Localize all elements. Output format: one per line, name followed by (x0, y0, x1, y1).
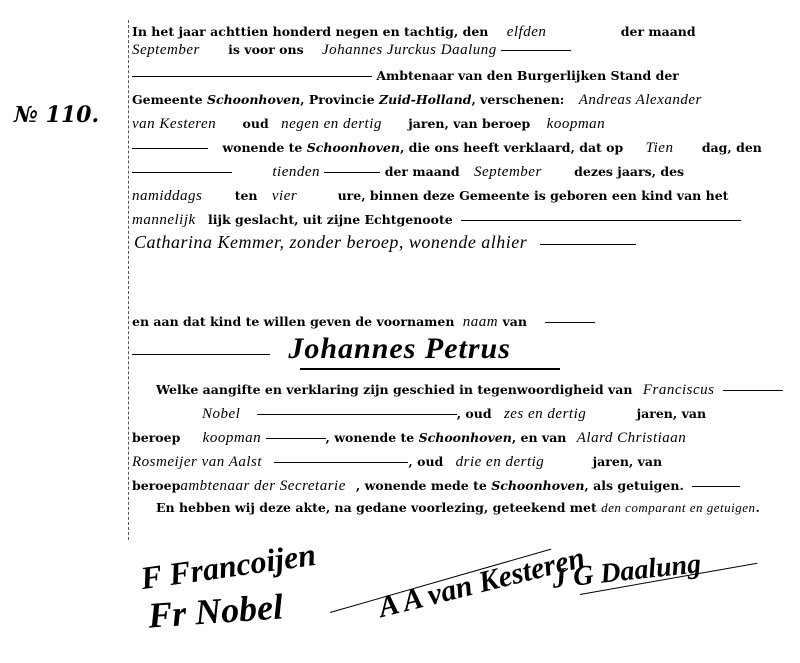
text-line-12: Johannes Petrus (132, 332, 511, 366)
text-line-10: Catharina Kemmer, zonder beroep, wonende… (134, 232, 636, 253)
printed-municipality: Schoonhoven (307, 140, 400, 155)
printed-text: der maand (385, 164, 460, 179)
handwritten-registrar-name: Johannes Jurckus Daalung (322, 42, 497, 58)
text-line-11: en aan dat kind te willen geven de voorn… (132, 314, 595, 331)
printed-text: der maand (621, 24, 696, 39)
text-line-9: mannelijk lijk geslacht, uit zijne Echtg… (132, 212, 741, 229)
printed-text: jaren, van beroep (408, 116, 530, 131)
printed-text: wonende te (222, 140, 302, 155)
fill-line (545, 322, 595, 323)
printed-text: van (503, 314, 527, 329)
margin-dashed-rule (128, 20, 129, 540)
printed-text: , wonende mede te (356, 478, 487, 493)
printed-text: jaren, van (593, 454, 662, 469)
text-line-2: September is voor ons Johannes Jurckus D… (132, 42, 571, 59)
fill-line (257, 414, 457, 415)
fill-line (461, 220, 741, 221)
fill-line (540, 244, 636, 245)
handwritten-occupation: koopman (547, 116, 606, 132)
printed-text: , Provincie (300, 92, 374, 107)
handwritten-hour: vier (272, 188, 297, 204)
printed-text: Welke aangifte en verklaring zijn geschi… (156, 382, 632, 397)
handwritten-declarant-name: Andreas Alexander (579, 92, 702, 108)
handwritten-day: elfden (507, 24, 547, 40)
printed-text: En hebben wij deze akte, na gedane voorl… (156, 500, 597, 515)
printed-text: , verschenen: (471, 92, 564, 107)
text-line-7: tienden der maand September dezes jaars,… (132, 164, 684, 181)
text-line-14: Nobel , oud zes en dertig jaren, van (132, 406, 706, 423)
handwritten-signatories: den comparant en getuigen (601, 500, 755, 515)
fill-line (501, 50, 571, 51)
fill-line (324, 172, 380, 173)
handwritten-witness2-firstname: Alard Christiaan (577, 430, 687, 446)
printed-municipality: Schoonhoven (419, 430, 512, 445)
handwritten-naam: naam (463, 314, 498, 330)
fill-line (132, 76, 372, 77)
fill-line (132, 172, 232, 173)
text-line-17: beroepambtenaar der Secretarie, wonende … (132, 478, 740, 495)
signature-witness-1: F Francoijen (138, 536, 318, 597)
handwritten-day-word: Tien (646, 140, 674, 156)
fill-line (132, 354, 270, 355)
fill-line (274, 462, 408, 463)
fill-line (723, 390, 783, 391)
handwritten-witness1-age: zes en dertig (504, 406, 586, 422)
printed-text: beroep (132, 430, 180, 445)
handwritten-time-of-day: namiddags (132, 188, 202, 204)
handwritten-sex: mannelijk (132, 212, 196, 228)
fill-line (266, 438, 326, 439)
handwritten-mother-details: Catharina Kemmer, zonder beroep, wonende… (134, 232, 527, 252)
printed-text: is voor ons (228, 42, 303, 57)
handwritten-day-ordinal: tienden (272, 164, 320, 180)
text-line-6: wonende te Schoonhoven, die ons heeft ve… (132, 140, 762, 157)
printed-text: jaren, van (637, 406, 706, 421)
text-line-1: In het jaar achttien honderd negen en ta… (132, 24, 696, 41)
birth-certificate-page: № 110. In het jaar achttien honderd nege… (0, 0, 800, 663)
handwritten-month: September (132, 42, 200, 58)
registration-number: № 110. (14, 102, 99, 128)
handwritten-declarant-surname: van Kesteren (132, 116, 216, 132)
printed-text: oud (243, 116, 269, 131)
printed-municipality: Schoonhoven (491, 478, 584, 493)
handwritten-witness2-surname: Rosmeijer van Aalst (132, 454, 262, 470)
text-line-4: Gemeente Schoonhoven, Provincie Zuid-Hol… (132, 92, 702, 109)
text-line-13: Welke aangifte en verklaring zijn geschi… (156, 382, 783, 399)
handwritten-witness1-surname: Nobel (202, 406, 240, 422)
text-line-18: En hebben wij deze akte, na gedane voorl… (156, 500, 760, 516)
printed-text: In het jaar achttien honderd negen en ta… (132, 24, 488, 39)
printed-municipality: Schoonhoven (207, 92, 300, 107)
printed-text: , als getuigen. (584, 478, 683, 493)
handwritten-witness1-firstname: Franciscus (643, 382, 715, 398)
printed-text: . (756, 500, 760, 515)
text-line-3: Ambtenaar van den Burgerlijken Stand der (132, 68, 679, 83)
printed-text: , oud (408, 454, 443, 469)
printed-text: , en van (512, 430, 567, 445)
handwritten-witness1-occupation: koopman (203, 430, 262, 446)
printed-text: ten (235, 188, 258, 203)
printed-text: dezes jaars, des (574, 164, 684, 179)
printed-text: Ambtenaar van den Burgerlijken Stand der (376, 68, 679, 83)
printed-text: , die ons heeft verklaard, dat op (400, 140, 623, 155)
child-name-underline (300, 368, 560, 370)
signature-witness-2: Fr Nobel (147, 585, 285, 636)
text-line-5: van Kesteren oud negen en dertig jaren, … (132, 116, 605, 133)
printed-text: , wonende te (326, 430, 415, 445)
text-line-8: namiddags ten vier ure, binnen deze Geme… (132, 188, 728, 205)
fill-line (132, 148, 208, 149)
handwritten-witness2-age: drie en dertig (456, 454, 545, 470)
handwritten-age: negen en dertig (281, 116, 382, 132)
fill-line (692, 486, 740, 487)
handwritten-child-name: Johannes Petrus (288, 332, 511, 365)
text-line-15: beroep koopman , wonende te Schoonhoven,… (132, 430, 686, 447)
printed-text: Gemeente (132, 92, 203, 107)
printed-province: Zuid-Holland (379, 92, 471, 107)
printed-text: , oud (457, 406, 492, 421)
handwritten-month: September (474, 164, 542, 180)
handwritten-witness2-occupation: ambtenaar der Secretarie (180, 478, 346, 494)
text-line-16: Rosmeijer van Aalst , oud drie en dertig… (132, 454, 662, 471)
printed-text: dag, den (702, 140, 762, 155)
printed-text: ure, binnen deze Gemeente is geboren een… (338, 188, 729, 203)
printed-text: en aan dat kind te willen geven de voorn… (132, 314, 454, 329)
printed-text: beroep (132, 478, 180, 493)
printed-text: lijk geslacht, uit zijne Echtgenoote (208, 212, 453, 227)
